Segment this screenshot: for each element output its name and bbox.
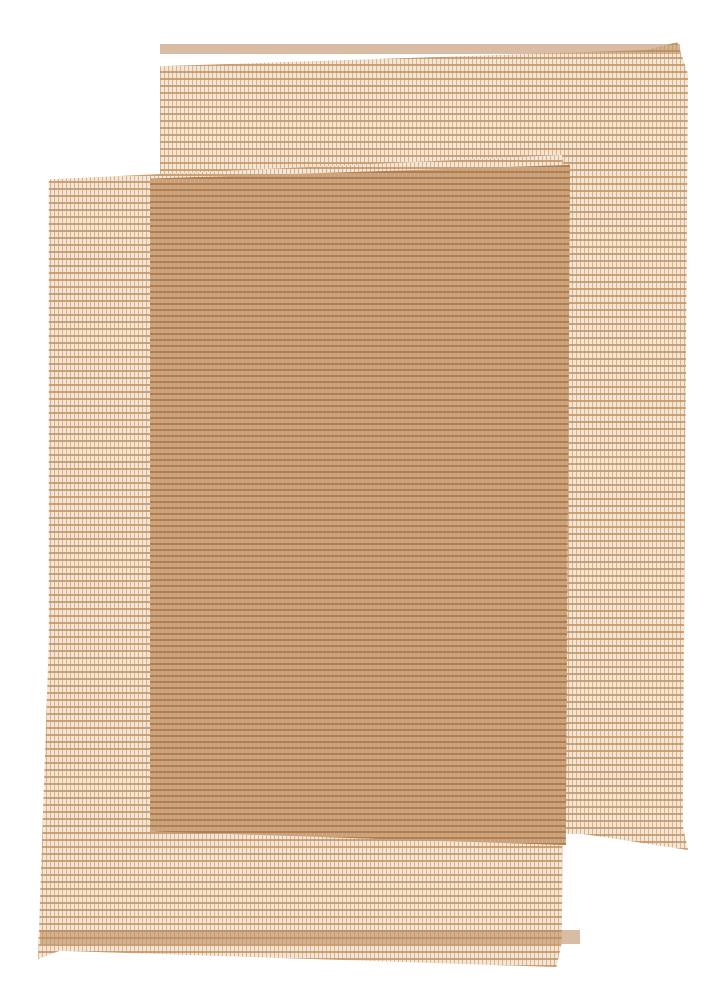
front-sack-overlap-region	[150, 165, 570, 845]
product-photo	[0, 0, 720, 992]
front-sack-bottom-hem	[40, 930, 580, 944]
back-sack-top-hem	[160, 44, 680, 54]
